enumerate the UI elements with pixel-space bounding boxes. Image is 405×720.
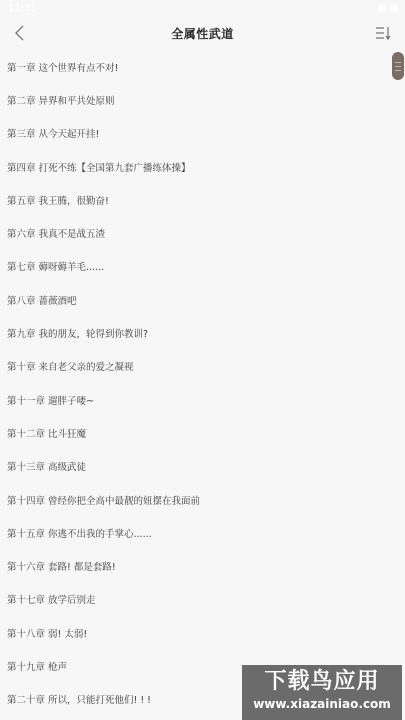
chapter-item[interactable]: 第十五章 你逃不出我的手掌心...... [7, 516, 405, 549]
chapter-item[interactable]: 第三章 从今天起开挂! [7, 117, 405, 150]
chapter-item[interactable]: 第十二章 比斗狂魔 [7, 416, 405, 449]
chapter-item[interactable]: 第四章 打死不练【全国第九套广播练体操】 [7, 150, 405, 183]
battery-icon [390, 5, 397, 12]
status-bar: 11:51 [0, 0, 405, 16]
chapter-item[interactable]: 第十一章 遛胖子喽~ [7, 383, 405, 416]
chapter-item[interactable]: 第十七章 放学后别走 [7, 583, 405, 616]
chapter-item[interactable]: 第十章 来自老父亲的爱之凝视 [7, 350, 405, 383]
fast-scroll-handle[interactable] [392, 52, 404, 80]
chapter-list: 第一章 这个世界有点不对!第二章 异界和平共处原则第三章 从今天起开挂!第四章 … [0, 50, 405, 716]
chapter-item[interactable]: 第十四章 曾经你把全高中最靓的妞摆在我面前 [7, 483, 405, 516]
wifi-icon [379, 5, 386, 12]
watermark-url: www.xiazainiao.com [242, 695, 402, 713]
status-icons [379, 5, 397, 12]
top-bar: 全属性武道 [0, 16, 405, 50]
chapter-item[interactable]: 第九章 我的朋友，轮得到你教训? [7, 316, 405, 349]
chapter-item[interactable]: 第六章 我真不是战五渣 [7, 216, 405, 249]
watermark-title: 下载鸟应用 [242, 665, 402, 695]
chapter-item[interactable]: 第二章 异界和平共处原则 [7, 83, 405, 116]
watermark: 下载鸟应用 www.xiazainiao.com [242, 665, 402, 720]
status-time: 11:51 [8, 3, 37, 14]
sort-list-icon[interactable] [375, 25, 391, 41]
page-title: 全属性武道 [171, 25, 234, 42]
chapter-item[interactable]: 第十六章 套路! 都是套路! [7, 549, 405, 582]
chapter-item[interactable]: 第五章 我王腾，很勤奋! [7, 183, 405, 216]
chapter-item[interactable]: 第十三章 高级武徒 [7, 450, 405, 483]
chapter-item[interactable]: 第一章 这个世界有点不对! [7, 50, 405, 83]
chapter-item[interactable]: 第十八章 弱! 太弱! [7, 616, 405, 649]
chapter-item[interactable]: 第八章 蔷薇酒吧 [7, 283, 405, 316]
chevron-left-icon[interactable] [10, 22, 30, 44]
chapter-item[interactable]: 第七章 薅呀薅羊毛...... [7, 250, 405, 283]
